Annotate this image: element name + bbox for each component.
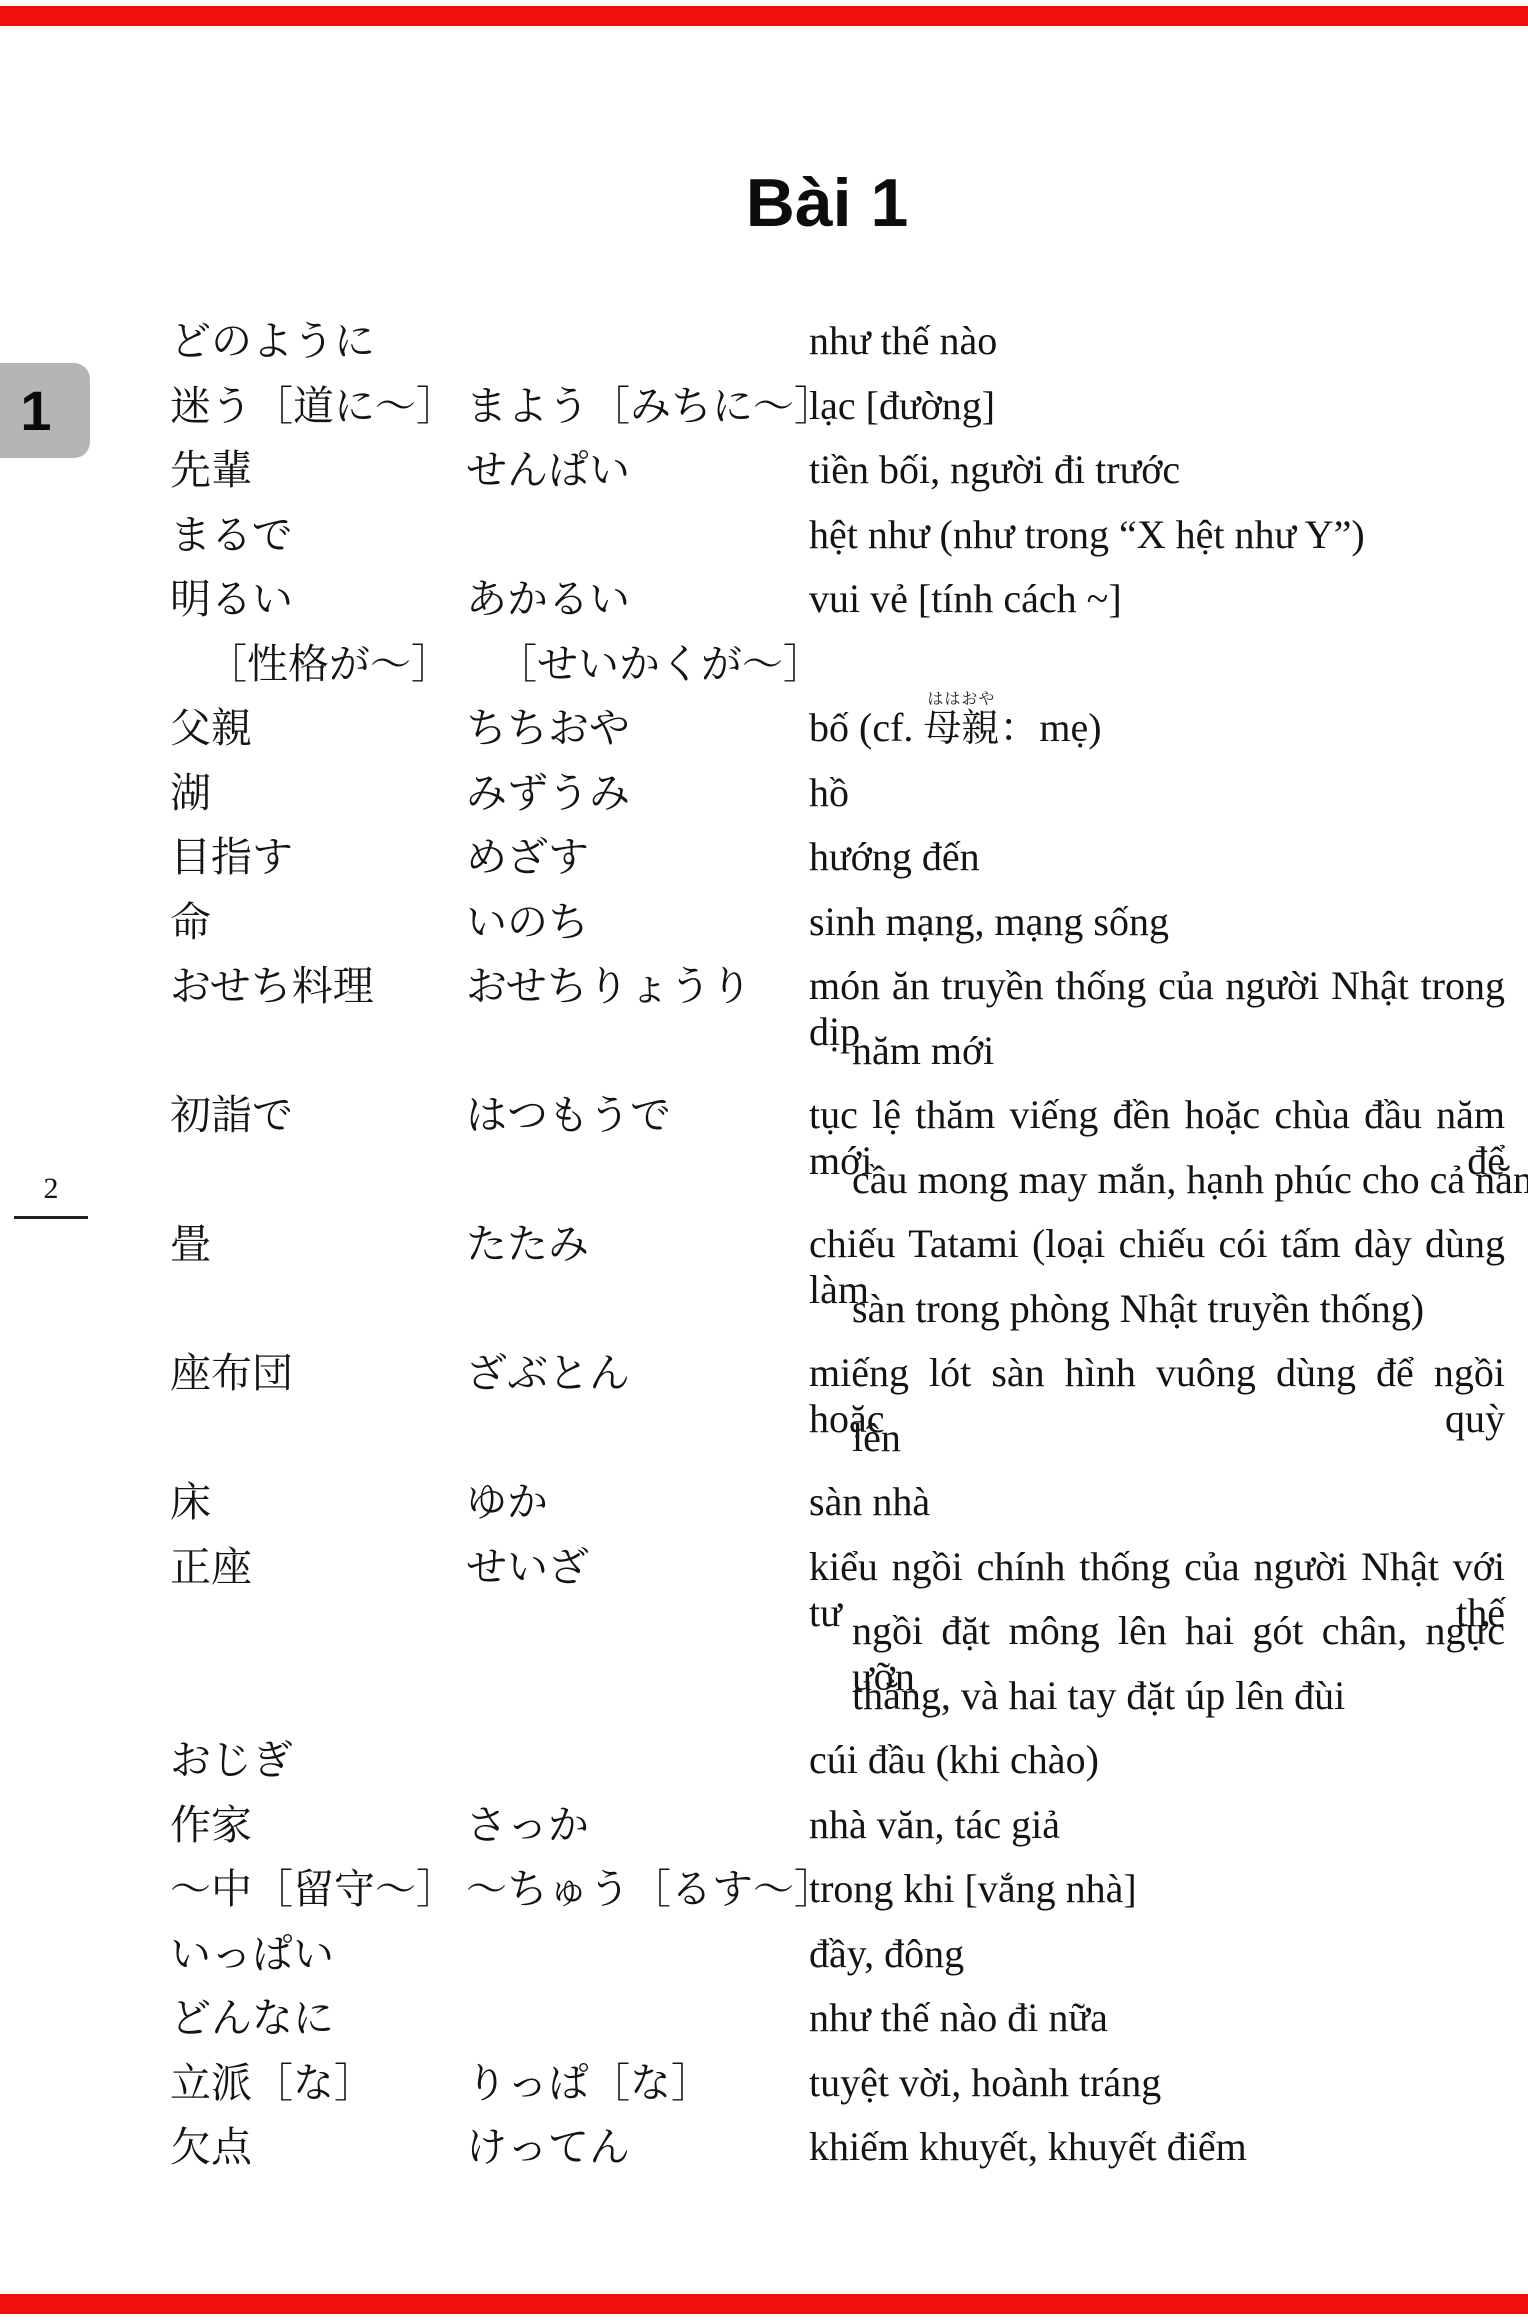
jp-word: 明るい <box>170 576 293 623</box>
jp-word: 欠点 <box>170 2124 252 2171</box>
kana-reading: ［せいかくが～］ <box>496 641 824 688</box>
jp-word: ～中［留守～］ <box>170 1866 457 1913</box>
ruby-base: 母親 <box>923 706 999 750</box>
vocab-line: 床 ゆか sàn nhà <box>0 1479 1528 1545</box>
kana-reading: せんぱい <box>466 447 630 494</box>
viet-meaning: sinh mạng, mạng sống <box>809 899 1169 945</box>
vocab-line: 父親 ちちおや bố (cf. ははおや母親：mẹ) <box>0 705 1528 771</box>
kana-reading: あかるい <box>466 576 630 623</box>
viet-meaning: tuyệt vời, hoành tráng <box>809 2060 1161 2106</box>
viet-meaning: lạc [đường] <box>809 383 995 429</box>
viet-meaning: vui vẻ [tính cách ~] <box>809 576 1122 622</box>
viet-meaning: đầy, đông <box>809 1931 964 1977</box>
jp-word: いっぱい <box>170 1931 334 1978</box>
jp-word: 目指す <box>170 834 293 881</box>
kana-reading: ゆか <box>466 1479 548 1526</box>
kana-reading: みずうみ <box>466 770 630 817</box>
jp-word: まるで <box>170 512 293 559</box>
page-title: Bài 1 <box>746 164 909 242</box>
viet-meaning: lên <box>852 1415 901 1461</box>
vocab-line: どのように như thế nào <box>0 318 1528 384</box>
viet-meaning: như thế nào <box>809 318 997 364</box>
kana-reading: りっぱ［な］ <box>466 2060 712 2107</box>
viet-meaning: cầu mong may mắn, hạnh phúc cho cả năm <box>852 1157 1528 1203</box>
kana-reading: ざぶとん <box>466 1350 630 1397</box>
vocab-line: 目指す めざす hướng đến <box>0 834 1528 900</box>
jp-word: 迷う［道に～］ <box>170 383 457 430</box>
viet-meaning: trong khi [vắng nhà] <box>809 1866 1137 1912</box>
vocab-line-continuation: thẳng, và hai tay đặt úp lên đùi <box>0 1673 1528 1739</box>
kana-reading: ～ちゅう［るす～］ <box>466 1866 835 1913</box>
jp-word: 湖 <box>170 770 211 817</box>
vocab-line: 正座 せいざ kiểu ngồi chính thống của người N… <box>0 1544 1528 1610</box>
viet-meaning: như thế nào đi nữa <box>809 1995 1108 2041</box>
jp-word: 床 <box>170 1479 211 1526</box>
viet-meaning: hướng đến <box>809 834 980 880</box>
vocab-line: おじぎ cúi đầu (khi chào) <box>0 1737 1528 1803</box>
vocab-line: どんなに như thế nào đi nữa <box>0 1995 1528 2061</box>
viet-meaning: năm mới <box>852 1028 994 1074</box>
kana-reading: せいざ <box>466 1544 589 1591</box>
jp-word: 父親 <box>170 705 252 752</box>
vocab-line: 迷う［道に～］ まよう［みちに～］ lạc [đường] <box>0 383 1528 449</box>
vocab-line: おせち料理 おせちりょうり món ăn truyền thống của ng… <box>0 963 1528 1029</box>
vocab-line: 欠点 けってん khiếm khuyết, khuyết điểm <box>0 2124 1528 2190</box>
bottom-red-bar <box>0 2294 1528 2314</box>
vocab-line-continuation: lên <box>0 1415 1528 1481</box>
kana-reading: たたみ <box>466 1221 589 1268</box>
vocab-line: 立派［な］ りっぱ［な］ tuyệt vời, hoành tráng <box>0 2060 1528 2126</box>
kana-reading: まよう［みちに～］ <box>466 383 835 430</box>
vocab-line: まるで hệt như (như trong “X hệt như Y”) <box>0 512 1528 578</box>
jp-word: 先輩 <box>170 447 252 494</box>
ruby-kanji: ははおや母親 <box>923 707 999 751</box>
kana-reading: めざす <box>466 834 589 881</box>
jp-word: 座布団 <box>170 1350 293 1397</box>
vocab-line: 作家 さっか nhà văn, tác giả <box>0 1802 1528 1868</box>
kana-reading: ちちおや <box>466 705 630 752</box>
vocab-line-continuation: năm mới <box>0 1028 1528 1094</box>
vocab-line-continuation: cầu mong may mắn, hạnh phúc cho cả năm <box>0 1157 1528 1223</box>
viet-meaning: bố (cf. ははおや母親：mẹ) <box>809 705 1102 751</box>
kana-reading: けってん <box>466 2124 630 2171</box>
furigana: ははおや <box>923 690 999 708</box>
viet-meaning: thẳng, và hai tay đặt úp lên đùi <box>852 1673 1345 1719</box>
top-red-bar <box>0 6 1528 26</box>
viet-meaning: cúi đầu (khi chào) <box>809 1737 1099 1783</box>
vocab-line: ～中［留守～］ ～ちゅう［るす～］ trong khi [vắng nhà] <box>0 1866 1528 1932</box>
viet-meaning: nhà văn, tác giả <box>809 1802 1060 1848</box>
jp-word: おせち料理 <box>170 963 374 1010</box>
vocab-line: 畳 たたみ chiếu Tatami (loại chiếu cói tấm d… <box>0 1221 1528 1287</box>
kana-reading: はつもうで <box>466 1092 671 1139</box>
viet-meaning-before: bố (cf. <box>809 705 923 750</box>
jp-word: どのように <box>170 318 375 365</box>
vocab-line: いっぱい đầy, đông <box>0 1931 1528 1997</box>
jp-word: 命 <box>170 899 211 946</box>
vocab-line: 明るい あかるい vui vẻ [tính cách ~] <box>0 576 1528 642</box>
jp-word: 初詣で <box>170 1092 293 1139</box>
vocab-line: 先輩 せんぱい tiền bối, người đi trước <box>0 447 1528 513</box>
kana-reading: いのち <box>466 899 589 946</box>
vocab-line: 座布団 ざぶとん miếng lót sàn hình vuông dùng đ… <box>0 1350 1528 1416</box>
vocab-line-continuation: sàn trong phòng Nhật truyền thống) <box>0 1286 1528 1352</box>
vocab-line: ［性格が～］ ［せいかくが～］ <box>0 641 1528 707</box>
jp-word: 立派［な］ <box>170 2060 375 2107</box>
viet-meaning: hồ <box>809 770 849 816</box>
viet-meaning: sàn trong phòng Nhật truyền thống) <box>852 1286 1424 1332</box>
vocab-line-continuation: ngồi đặt mông lên hai gót chân, ngực ưỡn <box>0 1608 1528 1674</box>
vocab-line: 湖 みずうみ hồ <box>0 770 1528 836</box>
vocab-line: 初詣で はつもうで tục lệ thăm viếng đền hoặc chù… <box>0 1092 1528 1158</box>
vocab-line: 命 いのち sinh mạng, mạng sống <box>0 899 1528 965</box>
viet-meaning: tiền bối, người đi trước <box>809 447 1180 493</box>
viet-meaning: sàn nhà <box>809 1479 930 1525</box>
jp-word: ［性格が～］ <box>206 641 452 688</box>
jp-word: 作家 <box>170 1802 252 1849</box>
jp-word: 正座 <box>170 1544 252 1591</box>
kana-reading: おせちりょうり <box>466 963 752 1010</box>
viet-meaning: khiếm khuyết, khuyết điểm <box>809 2124 1247 2170</box>
jp-word: おじぎ <box>170 1737 293 1784</box>
jp-word: 畳 <box>170 1221 211 1268</box>
viet-meaning-after: ：mẹ) <box>999 705 1101 750</box>
viet-meaning: hệt như (như trong “X hệt như Y”) <box>809 512 1365 558</box>
jp-word: どんなに <box>170 1995 334 2042</box>
kana-reading: さっか <box>466 1802 589 1849</box>
